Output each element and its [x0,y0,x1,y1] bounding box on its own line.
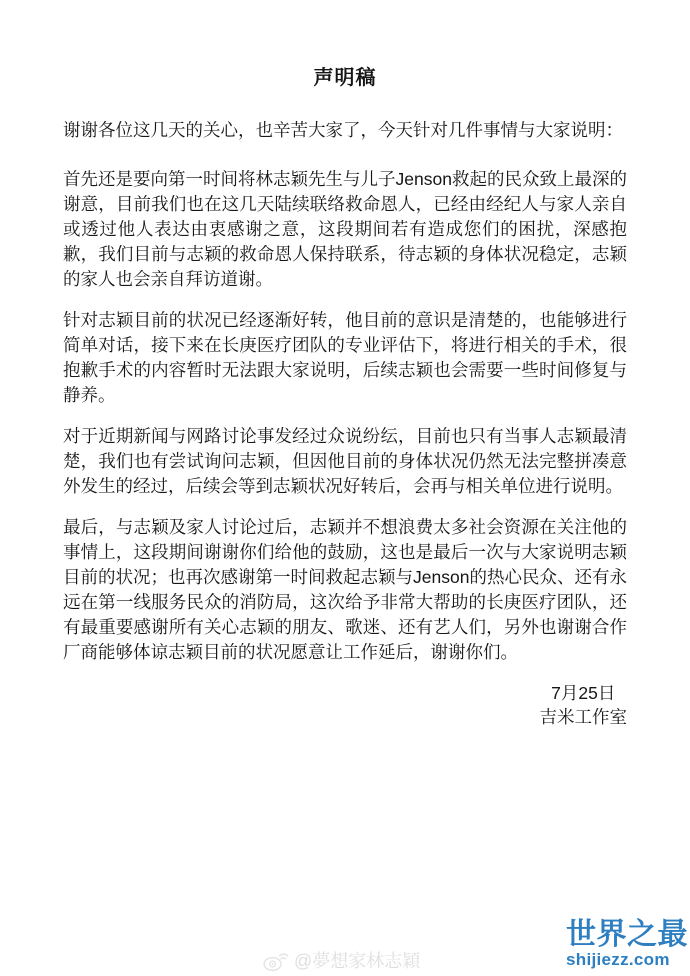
signature-studio: 吉米工作室 [540,705,628,729]
statement-paragraph-2: 针对志颖目前的状况已经逐渐好转，他目前的意识是清楚的，也能够进行简单对话，接下来… [63,308,627,408]
statement-paragraph-4: 最后，与志颖及家人讨论过后，志颖并不想浪费太多社会资源在关注他的事情上，这段期间… [63,515,627,665]
statement-paragraph-1: 首先还是要向第一时间将林志颖先生与儿子Jenson救起的民众致上最深的谢意，目前… [63,167,627,292]
weibo-handle: @夢想家林志穎 [294,951,420,971]
site-watermark: 世界之最 shijiezz.com [566,920,688,969]
statement-date: 7月25日 [540,681,628,705]
signature-block: 7月25日 吉米工作室 [540,681,628,729]
weibo-icon [262,950,289,972]
statement-paragraph-intro: 谢谢各位这几天的关心，也辛苦大家了，今天针对几件事情与大家说明： [63,118,627,143]
statement-document: 声明稿 谢谢各位这几天的关心，也辛苦大家了，今天针对几件事情与大家说明： 首先还… [0,0,690,729]
statement-paragraph-3: 对于近期新闻与网路讨论事发经过众说纷纭，目前也只有当事人志颖最清楚，我们也有尝试… [63,424,627,499]
site-watermark-domain: shijiezz.com [566,951,688,969]
weibo-watermark: @夢想家林志穎 [262,950,420,972]
statement-page: { "page": { "background_color": "#ffffff… [0,0,690,976]
site-watermark-name: 世界之最 [566,920,688,950]
page-title: 声明稿 [63,66,627,90]
